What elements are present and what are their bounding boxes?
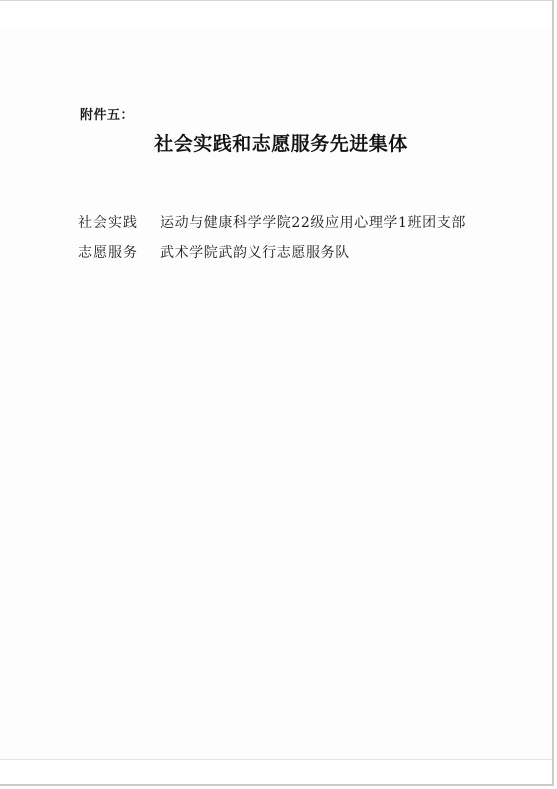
entry-category: 社会实践 bbox=[78, 212, 160, 232]
entry-category: 志愿服务 bbox=[78, 242, 160, 262]
attachment-label: 附件五： bbox=[80, 104, 134, 123]
entry-row: 社会实践运动与健康科学学院22级应用心理学1班团支部 bbox=[78, 212, 466, 232]
page-title: 社会实践和志愿服务先进集体 bbox=[0, 129, 554, 156]
document-page: 附件五： 社会实践和志愿服务先进集体 社会实践运动与健康科学学院22级应用心理学… bbox=[0, 0, 554, 786]
entry-name: 武术学院武韵义行志愿服务队 bbox=[160, 242, 350, 262]
entry-name: 运动与健康科学学院22级应用心理学1班团支部 bbox=[160, 212, 466, 232]
entry-row: 志愿服务武术学院武韵义行志愿服务队 bbox=[78, 242, 350, 262]
